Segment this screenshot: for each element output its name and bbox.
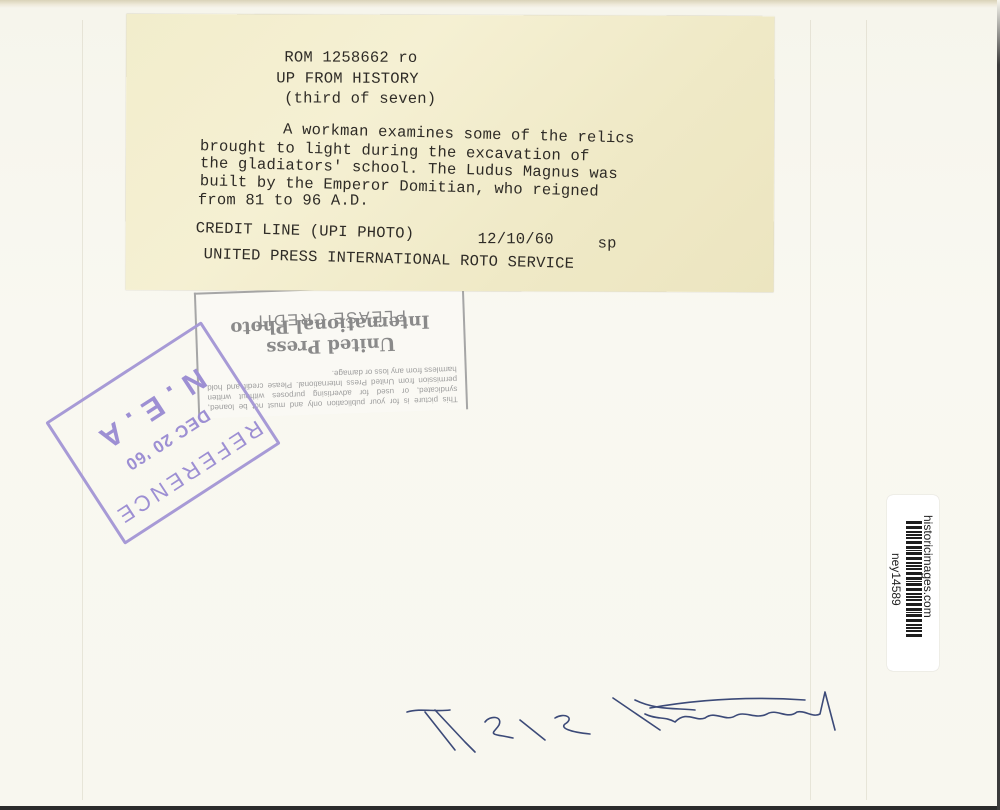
top-edge-stain: [0, 0, 1000, 8]
barcode-label: historicimages.com ney14589: [887, 495, 939, 671]
caption-date: 12/10/60: [478, 230, 554, 248]
caption-reference-number: ROM 1258662 ro: [284, 48, 417, 66]
barcode-item-id: ney14589: [889, 553, 903, 606]
caption-initials: sp: [598, 235, 617, 253]
barcode-icon: [906, 521, 922, 639]
barcode-site: historicimages.com: [921, 515, 935, 618]
caption-service: UNITED PRESS INTERNATIONAL ROTO SERVICE: [203, 245, 574, 273]
caption-series-title: UP FROM HISTORY: [276, 69, 419, 87]
bottom-edge: [0, 806, 1000, 810]
caption-body-line: from 81 to 96 A.D.: [198, 191, 369, 210]
caption-slip: ROM 1258662 ro UP FROM HISTORY (third of…: [126, 14, 775, 292]
paper-fold-line: [866, 20, 867, 800]
handwritten-notation: [395, 670, 865, 760]
caption-series-part: (third of seven): [284, 89, 436, 108]
caption-credit-line: CREDIT LINE (UPI PHOTO): [196, 219, 415, 243]
